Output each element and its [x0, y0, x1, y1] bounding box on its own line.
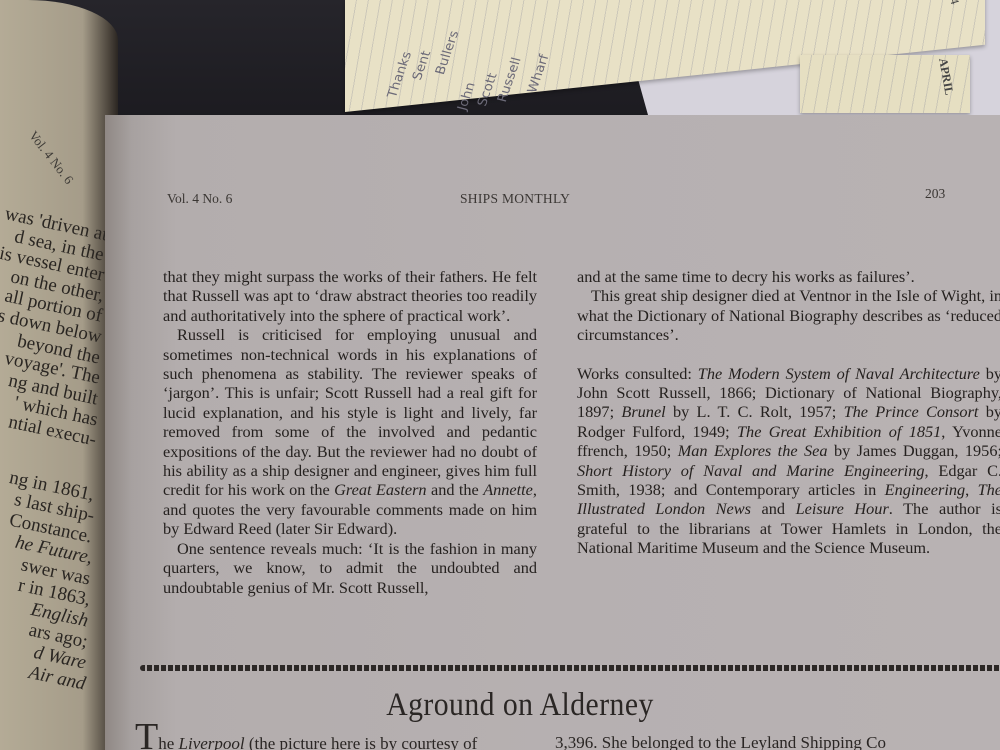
book-title: Man Explores the Sea: [678, 441, 828, 460]
column-left: that they might surpass the works of the…: [163, 267, 537, 597]
citation-text: ,: [965, 480, 977, 499]
left-page-header: Vol. 4 No. 6: [25, 128, 76, 187]
book-title: The Great Exhibition of 1851: [737, 422, 941, 441]
ship-name: Liverpool: [179, 734, 245, 750]
publication-name: Leisure Hour: [796, 499, 889, 518]
book-title: Short History of Naval and Marine Engine…: [577, 461, 924, 480]
column-right: and at the same time to decry his works …: [577, 267, 1000, 558]
note-printed-label: APRIL: [935, 57, 956, 96]
ship-name: Annette: [483, 480, 533, 499]
page-number: 203: [925, 186, 945, 202]
left-page: Vol. 4 No. 6 was 'driven at d sea, in th…: [0, 0, 118, 750]
book-title: Brunel: [621, 402, 665, 421]
paragraph-text: Russell is criticised for employing unus…: [163, 325, 537, 499]
note-text: Bullers: [433, 29, 462, 76]
works-consulted-label: Works consulted:: [577, 364, 698, 383]
paragraph: that they might surpass the works of the…: [163, 267, 537, 325]
works-consulted: Works consulted: The Modern System of Na…: [577, 364, 1000, 558]
publication-name: Engineering: [885, 480, 965, 499]
paragraph: Russell is criticised for employing unus…: [163, 325, 537, 538]
ship-name: Great Eastern: [334, 480, 426, 499]
citation-text: and: [751, 499, 796, 518]
handwritten-note-second: APRIL: [800, 55, 970, 113]
right-page: Vol. 4 No. 6 SHIPS MONTHLY 203 that they…: [105, 115, 1000, 750]
paragraph: One sentence reveals much: ‘It is the fa…: [163, 539, 537, 597]
drop-cap: T: [135, 716, 158, 750]
citation-text: by L. T. C. Rolt, 1957;: [666, 402, 844, 421]
paragraph: This great ship designer died at Ventnor…: [577, 286, 1000, 344]
article-text: (the picture here is by courtesy of: [245, 734, 478, 750]
note-printed-label: 14: [945, 0, 962, 6]
book-title: The Modern System of Naval Architecture: [698, 364, 980, 383]
paragraph-text: and the: [427, 480, 484, 499]
citation-text: by James Duggan, 1956;: [828, 441, 1000, 460]
note-text: Wharf: [525, 53, 552, 95]
article-title: Aground on Alderney: [147, 687, 894, 724]
book-title: The Prince Consort: [844, 402, 979, 421]
article-first-line-right: 3,396. She belonged to the Leyland Shipp…: [555, 733, 886, 750]
article-first-line-left: The Liverpool (the picture here is by co…: [135, 727, 477, 750]
publication-title: SHIPS MONTHLY: [460, 191, 570, 207]
article-text: he: [158, 734, 178, 750]
volume-label: Vol. 4 No. 6: [167, 191, 232, 207]
ornamental-divider: [140, 665, 1000, 671]
paragraph: and at the same time to decry his works …: [577, 267, 1000, 286]
